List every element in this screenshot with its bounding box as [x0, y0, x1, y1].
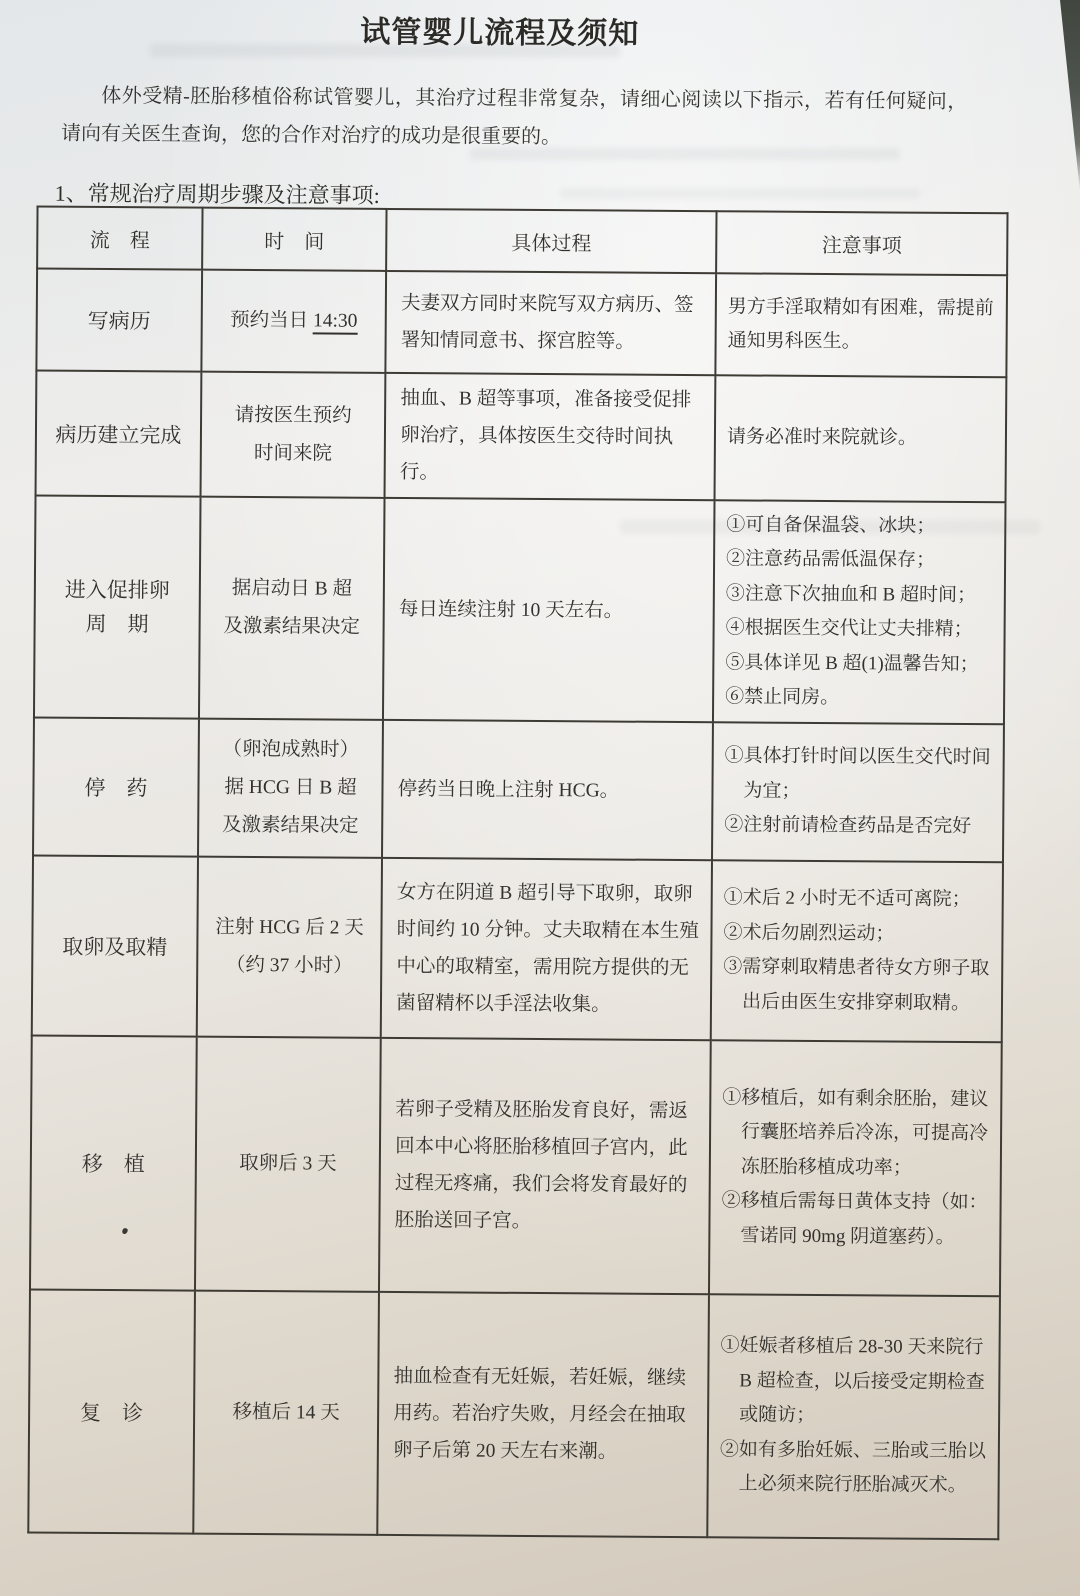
time-line: 移植后 14 天: [201, 1393, 372, 1432]
note-item: ①术后 2 小时无不适可离院；: [724, 881, 996, 917]
note-item: ①移植后，如有剩余胚胎，建议行囊胚培养后冷冻，可提高冷冻胚胎移植成功率；: [722, 1081, 995, 1186]
process-cell: 复 诊: [28, 1289, 195, 1533]
detail-cell: 停药当日晚上注射 HCG。: [382, 720, 713, 860]
detail-cell: 女方在阴道 B 超引导下取卵，取卵时间约 10 分钟。丈夫取精在本生殖中心的取精…: [381, 858, 712, 1040]
notes-cell: 请务必准时来院就诊。: [714, 375, 1006, 502]
time-line: 据启动日 B 超: [207, 570, 378, 609]
note-item: ⑤具体详见 B 超(1)温馨告知；: [725, 646, 997, 682]
process-cell: 写病历: [36, 268, 202, 371]
note-item: ④根据医生交代让丈夫排精；: [725, 611, 997, 647]
note-item: ①具体打针时间以医生交代时间为宜；: [724, 740, 996, 811]
detail-cell: 每日连续注射 10 天左右。: [383, 498, 714, 722]
time-line: 及激素结果决定: [205, 807, 376, 846]
process-line: 周 期: [40, 607, 195, 642]
table-row-record-complete: 病历建立完成 请按医生预约 时间来院 抽血、B 超等事项，准备接受促排卵治疗，具…: [36, 370, 1007, 502]
note-item: 请务必准时来院就诊。: [727, 421, 999, 457]
table-row-egg-sperm-retrieval: 取卵及取精 注射 HCG 后 2 天 （约 37 小时） 女方在阴道 B 超引导…: [32, 855, 1003, 1042]
time-line: （约 37 小时）: [204, 947, 375, 986]
stray-ink-dot: [122, 1227, 129, 1234]
time-line: 注射 HCG 后 2 天: [204, 909, 375, 948]
detail-cell: 抽血检查有无妊娠，若妊娠，继续用药。若治疗失败，月经会在抽取卵子后第 20 天左…: [377, 1292, 708, 1537]
detail-cell: 夫妻双方同时来院写双方病历、签署知情同意书、探宫腔等。: [386, 271, 717, 375]
time-line: 及激素结果决定: [206, 608, 377, 647]
intro-paragraph: 体外受精-胚胎移植俗称试管婴儿，其治疗过程非常复杂，请细心阅读以下指示，若有任何…: [61, 77, 968, 159]
notes-cell: ①妊娠者移植后 28-30 天来院行 B 超检查，以后接受定期检查或随访； ②如…: [707, 1294, 1000, 1539]
column-header-details: 具体过程: [386, 209, 716, 273]
process-cell: 取卵及取精: [32, 855, 198, 1036]
table-row-stimulation-cycle: 进入促排卵 周 期 据启动日 B 超 及激素结果决定 每日连续注射 10 天左右…: [34, 495, 1006, 724]
time-cell: 据启动日 B 超 及激素结果决定: [199, 497, 385, 720]
time-cell: 取卵后 3 天: [195, 1037, 381, 1292]
section-heading: 1、常规治疗周期步骤及注意事项:: [55, 177, 380, 210]
notes-cell: 男方手淫取精如有困难，需提前通知男科医生。: [715, 273, 1007, 377]
time-line: （卵泡成熟时）: [206, 731, 377, 770]
table-header-row: 流 程 时 间 具体过程 注意事项: [37, 206, 1007, 275]
time-cell: 请按医生预约 时间来院: [200, 372, 385, 498]
note-item: ①可自备保温袋、冰块；: [726, 508, 998, 544]
column-header-time: 时 间: [202, 208, 387, 271]
time-cell: 注射 HCG 后 2 天 （约 37 小时）: [197, 857, 383, 1038]
note-item: ②注射前请检查药品是否完好: [724, 809, 996, 845]
column-header-process: 流 程: [37, 206, 202, 269]
note-item: ②如有多胎妊娠、三胎或三胎以上必须来院行胚胎减灭术。: [720, 1433, 992, 1504]
notes-cell: ①具体打针时间以医生交代时间为宜； ②注射前请检查药品是否完好: [712, 722, 1004, 862]
notes-cell: ①移植后，如有剩余胚胎，建议行囊胚培养后冷冻，可提高冷冻胚胎移植成功率； ②移植…: [709, 1040, 1002, 1296]
column-header-notes: 注意事项: [716, 211, 1007, 275]
notes-cell: ①可自备保温袋、冰块； ②注意药品需低温保存； ③注意下次抽血和 B 超时间； …: [713, 500, 1006, 724]
table-row-embryo-transfer: 移 植 取卵后 3 天 若卵子受精及胚胎发育良好，需返回本中心将胚胎移植回子宫内…: [30, 1035, 1002, 1296]
process-cell: 停 药: [33, 717, 199, 856]
time-cell: 预约当日 14:30: [201, 270, 386, 373]
document-content: 试管婴儿流程及须知 体外受精-胚胎移植俗称试管婴儿，其治疗过程非常复杂，请细心阅…: [0, 0, 1080, 1596]
table-row-write-medical-record: 写病历 预约当日 14:30 夫妻双方同时来院写双方病历、签署知情同意书、探宫腔…: [36, 268, 1007, 377]
time-text: 预约当日: [230, 310, 308, 332]
note-item: ②术后勿剧烈运动；: [723, 916, 995, 952]
note-item: ②移植后需每日黄体支持（如：雪诺同 90mg 阴道塞药）。: [721, 1185, 993, 1256]
time-line: 取卵后 3 天: [203, 1145, 374, 1184]
note-item: ③注意下次抽血和 B 超时间；: [726, 577, 998, 613]
table-row-followup-visit: 复 诊 移植后 14 天 抽血检查有无妊娠，若妊娠，继续用药。若治疗失败，月经会…: [28, 1289, 1000, 1539]
process-label: 移 植: [82, 1152, 145, 1176]
notes-cell: ①术后 2 小时无不适可离院； ②术后勿剧烈运动； ③需穿刺取精患者待女方卵子取…: [711, 860, 1003, 1042]
detail-cell: 若卵子受精及胚胎发育良好，需返回本中心将胚胎移植回子宫内，此过程无疼痛，我们会将…: [379, 1038, 711, 1294]
process-cell: 病历建立完成: [36, 370, 202, 496]
detail-cell: 抽血、B 超等事项，准备接受促排卵治疗，具体按医生交待时间执行。: [385, 373, 716, 500]
process-cell: 进入促排卵 周 期: [34, 495, 200, 718]
note-item: 男方手淫取精如有困难，需提前通知男科医生。: [727, 290, 999, 361]
time-cell: （卵泡成熟时） 据 HCG 日 B 超 及激素结果决定: [198, 719, 383, 858]
note-item: ①妊娠者移植后 28-30 天来院行 B 超检查，以后接受定期检查或随访；: [720, 1330, 993, 1435]
note-item: ②注意药品需低温保存；: [726, 542, 998, 578]
time-underlined: 14:30: [313, 310, 358, 334]
note-item: ③需穿刺取精患者待女方卵子取出后由医生安排穿刺取精。: [723, 950, 995, 1021]
time-line: 时间来院: [208, 434, 379, 473]
table-row-stop-medication: 停 药 （卵泡成熟时） 据 HCG 日 B 超 及激素结果决定 停药当日晚上注射…: [33, 717, 1004, 862]
process-cell: 移 植: [30, 1035, 197, 1290]
time-line: 据 HCG 日 B 超: [205, 769, 376, 808]
process-line: 进入促排卵: [40, 573, 195, 608]
document-title: 试管婴儿流程及须知: [0, 4, 1040, 56]
time-cell: 移植后 14 天: [193, 1291, 379, 1535]
note-item: ⑥禁止同房。: [725, 680, 997, 716]
treatment-process-table: 流 程 时 间 具体过程 注意事项 写病历 预约当日 14:30 夫妻双方同时来…: [27, 205, 1008, 1540]
time-line: 请按医生预约: [208, 396, 379, 435]
